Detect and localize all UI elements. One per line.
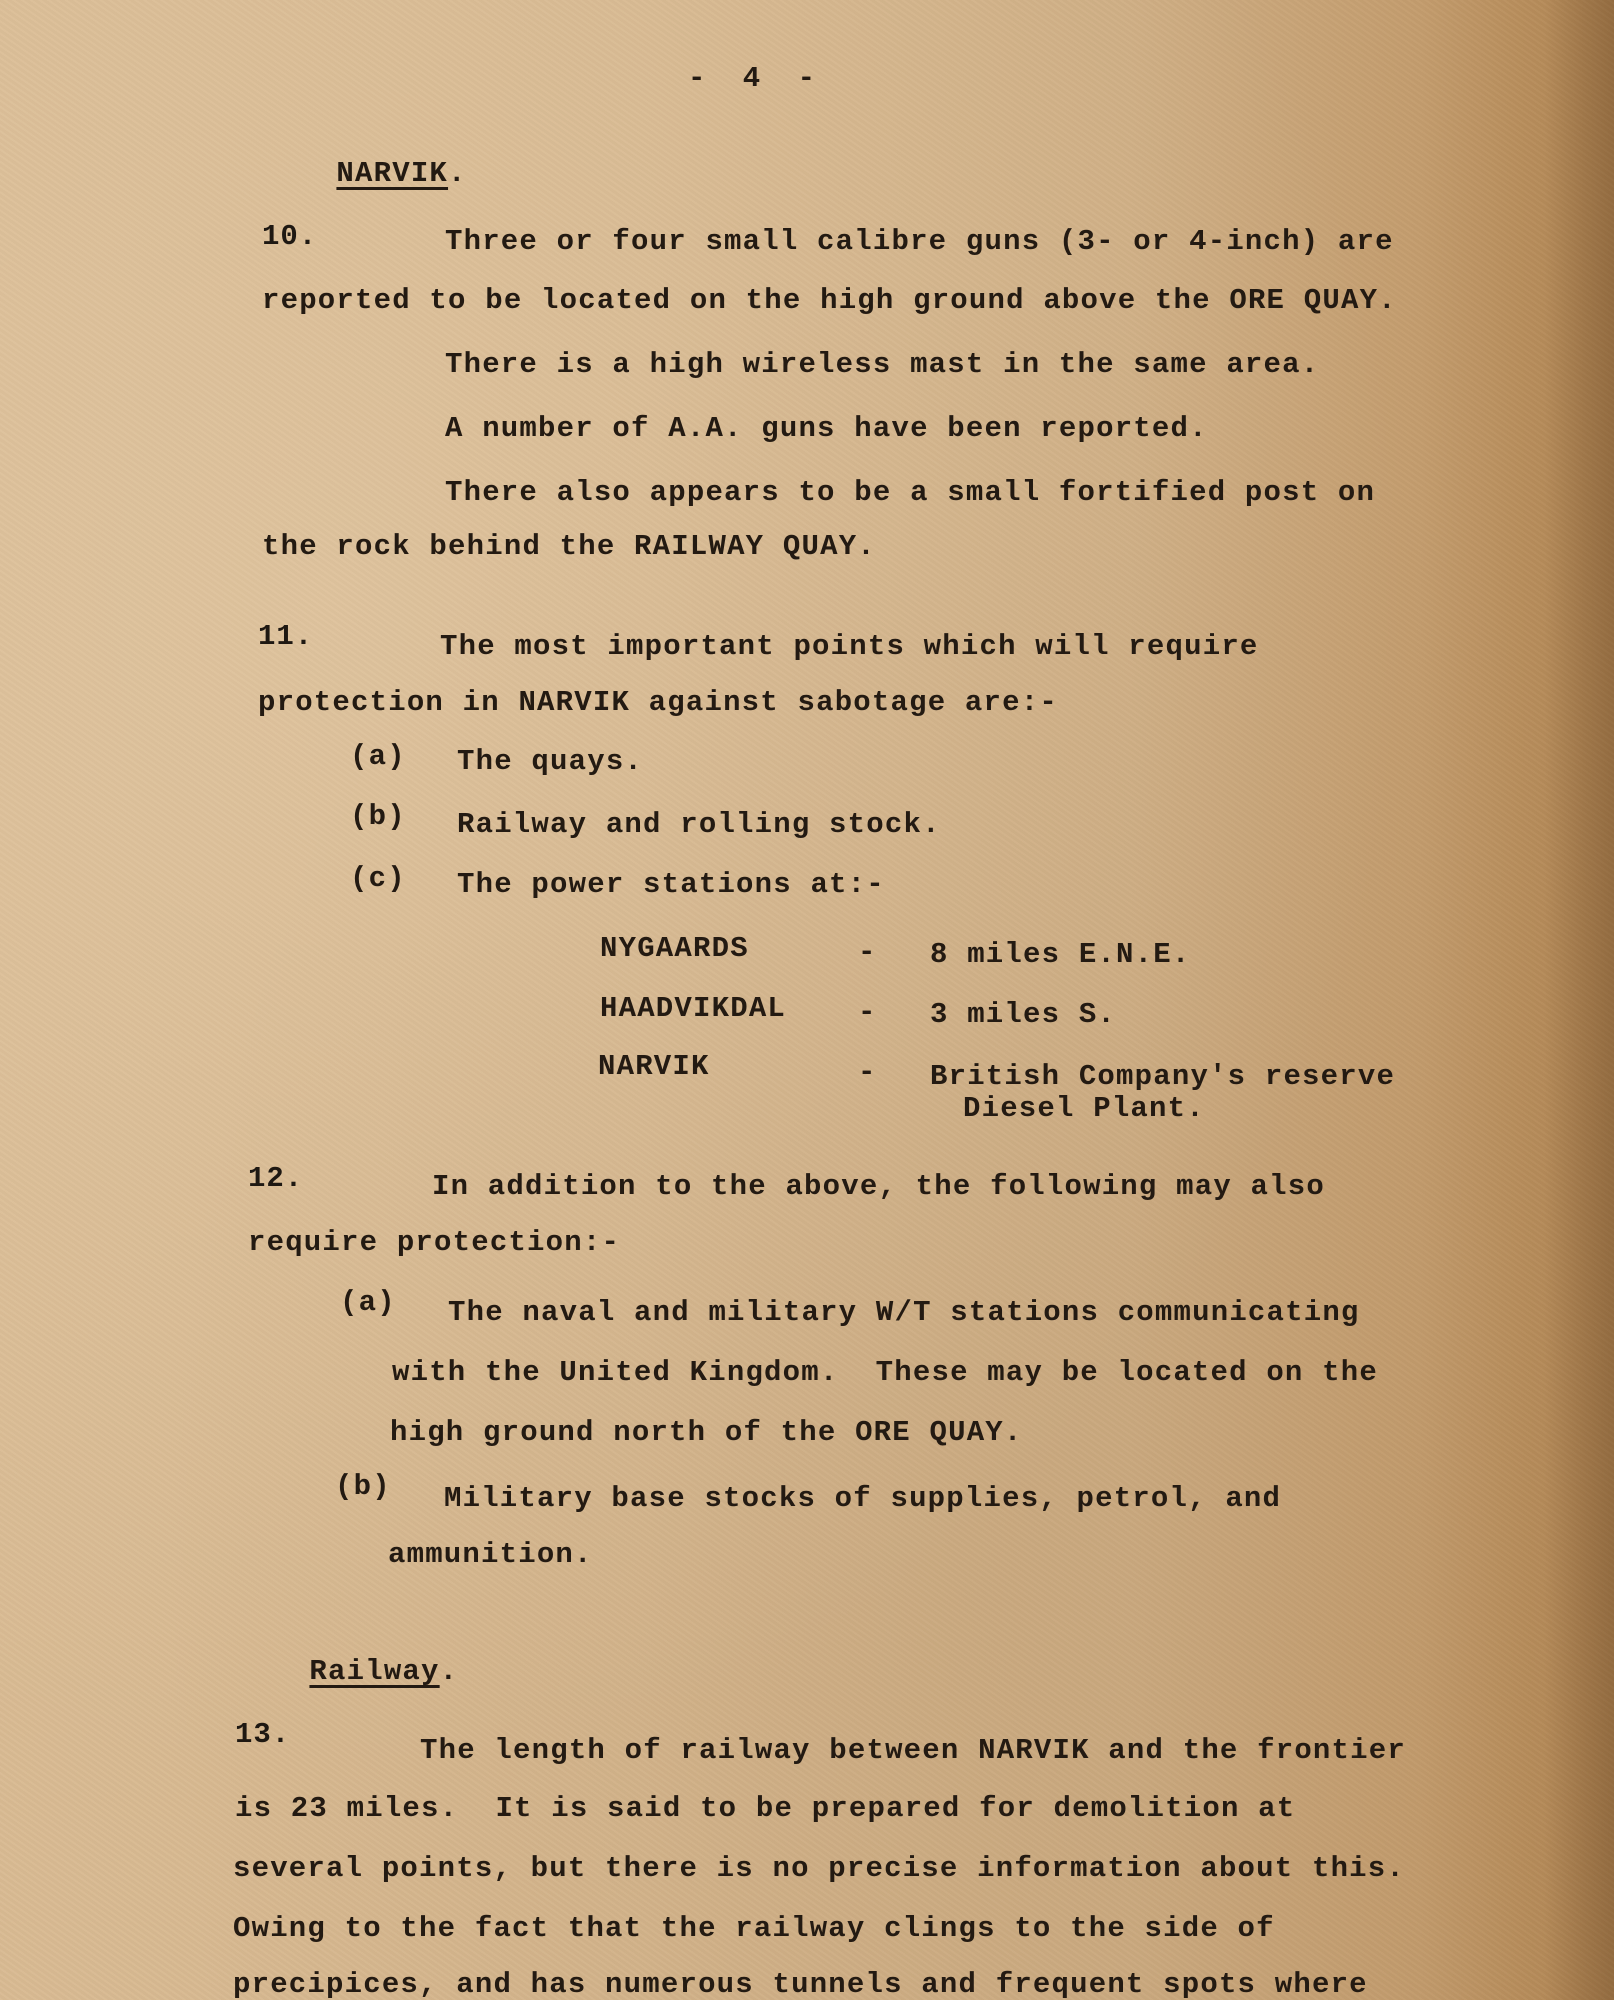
- paragraph-number: 13.: [235, 1718, 290, 1751]
- station-dash: -: [858, 1056, 877, 1089]
- paragraph-line: protection in NARVIK against sabotage ar…: [258, 686, 1058, 719]
- heading-text: Railway: [309, 1655, 439, 1688]
- heading-suffix: .: [448, 157, 467, 190]
- paragraph-line: In addition to the above, the following …: [432, 1170, 1325, 1203]
- station-name: NYGAARDS: [600, 932, 749, 965]
- list-text: ammunition.: [388, 1538, 593, 1571]
- paragraph-number: 12.: [248, 1162, 303, 1195]
- heading-text: NARVIK: [336, 157, 448, 190]
- paragraph-line: is 23 miles. It is said to be prepared f…: [235, 1792, 1295, 1825]
- paragraph-line: Owing to the fact that the railway cling…: [233, 1912, 1275, 1945]
- list-marker: (b): [335, 1470, 391, 1503]
- paragraph-line: several points, but there is no precise …: [233, 1852, 1405, 1885]
- paragraph-number: 11.: [258, 620, 313, 653]
- paragraph-line: The most important points which will req…: [440, 630, 1259, 663]
- station-name: HAADVIKDAL: [600, 992, 786, 1025]
- paragraph-line: precipices, and has numerous tunnels and…: [233, 1968, 1368, 2000]
- station-dash: -: [858, 936, 877, 969]
- list-text: The quays.: [457, 745, 643, 778]
- paragraph-line: reported to be located on the high groun…: [262, 284, 1397, 317]
- station-location-line2: Diesel Plant.: [963, 1092, 1205, 1125]
- list-text: Railway and rolling stock.: [457, 808, 941, 841]
- section-heading-railway: Railway.: [235, 1622, 458, 1721]
- heading-suffix: .: [440, 1655, 459, 1688]
- station-location: British Company's reserve: [930, 1060, 1395, 1093]
- list-text: Military base stocks of supplies, petrol…: [444, 1482, 1281, 1515]
- list-marker: (b): [350, 800, 406, 833]
- section-heading-narvik: NARVIK.: [262, 124, 467, 223]
- paragraph-line: The length of railway between NARVIK and…: [420, 1734, 1406, 1767]
- page-number: - 4 -: [688, 62, 825, 95]
- paragraph-line: the rock behind the RAILWAY QUAY.: [262, 530, 876, 563]
- paragraph-line: Three or four small calibre guns (3- or …: [445, 225, 1394, 258]
- list-marker: (a): [350, 740, 406, 773]
- paragraph-line: A number of A.A. guns have been reported…: [445, 412, 1208, 445]
- list-marker: (c): [350, 862, 406, 895]
- station-dash: -: [858, 996, 877, 1029]
- station-location: 8 miles E.N.E.: [930, 938, 1190, 971]
- list-text: high ground north of the ORE QUAY.: [390, 1416, 1023, 1449]
- paragraph-line: There is a high wireless mast in the sam…: [445, 348, 1319, 381]
- paragraph-number: 10.: [262, 220, 317, 253]
- station-location: 3 miles S.: [930, 998, 1116, 1031]
- page-edge-shadow: [1544, 0, 1614, 2000]
- list-text: The naval and military W/T stations comm…: [448, 1296, 1360, 1329]
- list-text: The power stations at:-: [457, 868, 885, 901]
- paragraph-line: require protection:-: [248, 1226, 620, 1259]
- list-marker: (a): [340, 1286, 396, 1319]
- list-text: with the United Kingdom. These may be lo…: [392, 1356, 1378, 1389]
- station-name: NARVIK: [598, 1050, 710, 1083]
- paragraph-line: There also appears to be a small fortifi…: [445, 476, 1375, 509]
